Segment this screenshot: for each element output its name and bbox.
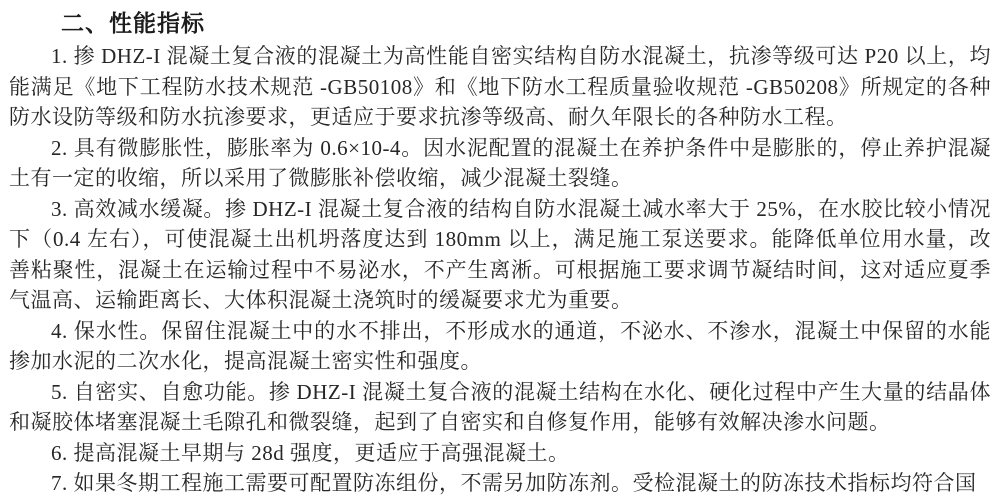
paragraph-6: 6. 提高混凝土早期与 28d 强度，更适应于高强混凝土。 bbox=[9, 438, 991, 469]
paragraph-1: 1. 掺 DHZ-I 混凝土复合液的混凝土为高性能自密实结构自防水混凝土，抗渗等… bbox=[9, 41, 991, 133]
paragraph-3: 3. 高效减水缓凝。掺 DHZ-I 混凝土复合液的结构自防水混凝土减水率大于 2… bbox=[9, 194, 991, 316]
section-heading: 二、性能指标 bbox=[9, 8, 991, 38]
document-page: 二、性能指标 1. 掺 DHZ-I 混凝土复合液的混凝土为高性能自密实结构自防水… bbox=[0, 0, 1000, 495]
paragraph-4: 4. 保水性。保留住混凝土中的水不排出，不形成水的通道，不泌水、不渗水，混凝土中… bbox=[9, 316, 991, 377]
paragraph-2: 2. 具有微膨胀性，膨胀率为 0.6×10-4。因水泥配置的混凝土在养护条件中是… bbox=[9, 133, 991, 194]
paragraph-7: 7. 如果冬期工程施工需要可配置防冻组份，不需另加防冻剂。受检混凝土的防冻技术指… bbox=[9, 468, 991, 495]
paragraph-5: 5. 自密实、自愈功能。掺 DHZ-I 混凝土复合液的混凝土结构在水化、硬化过程… bbox=[9, 377, 991, 438]
